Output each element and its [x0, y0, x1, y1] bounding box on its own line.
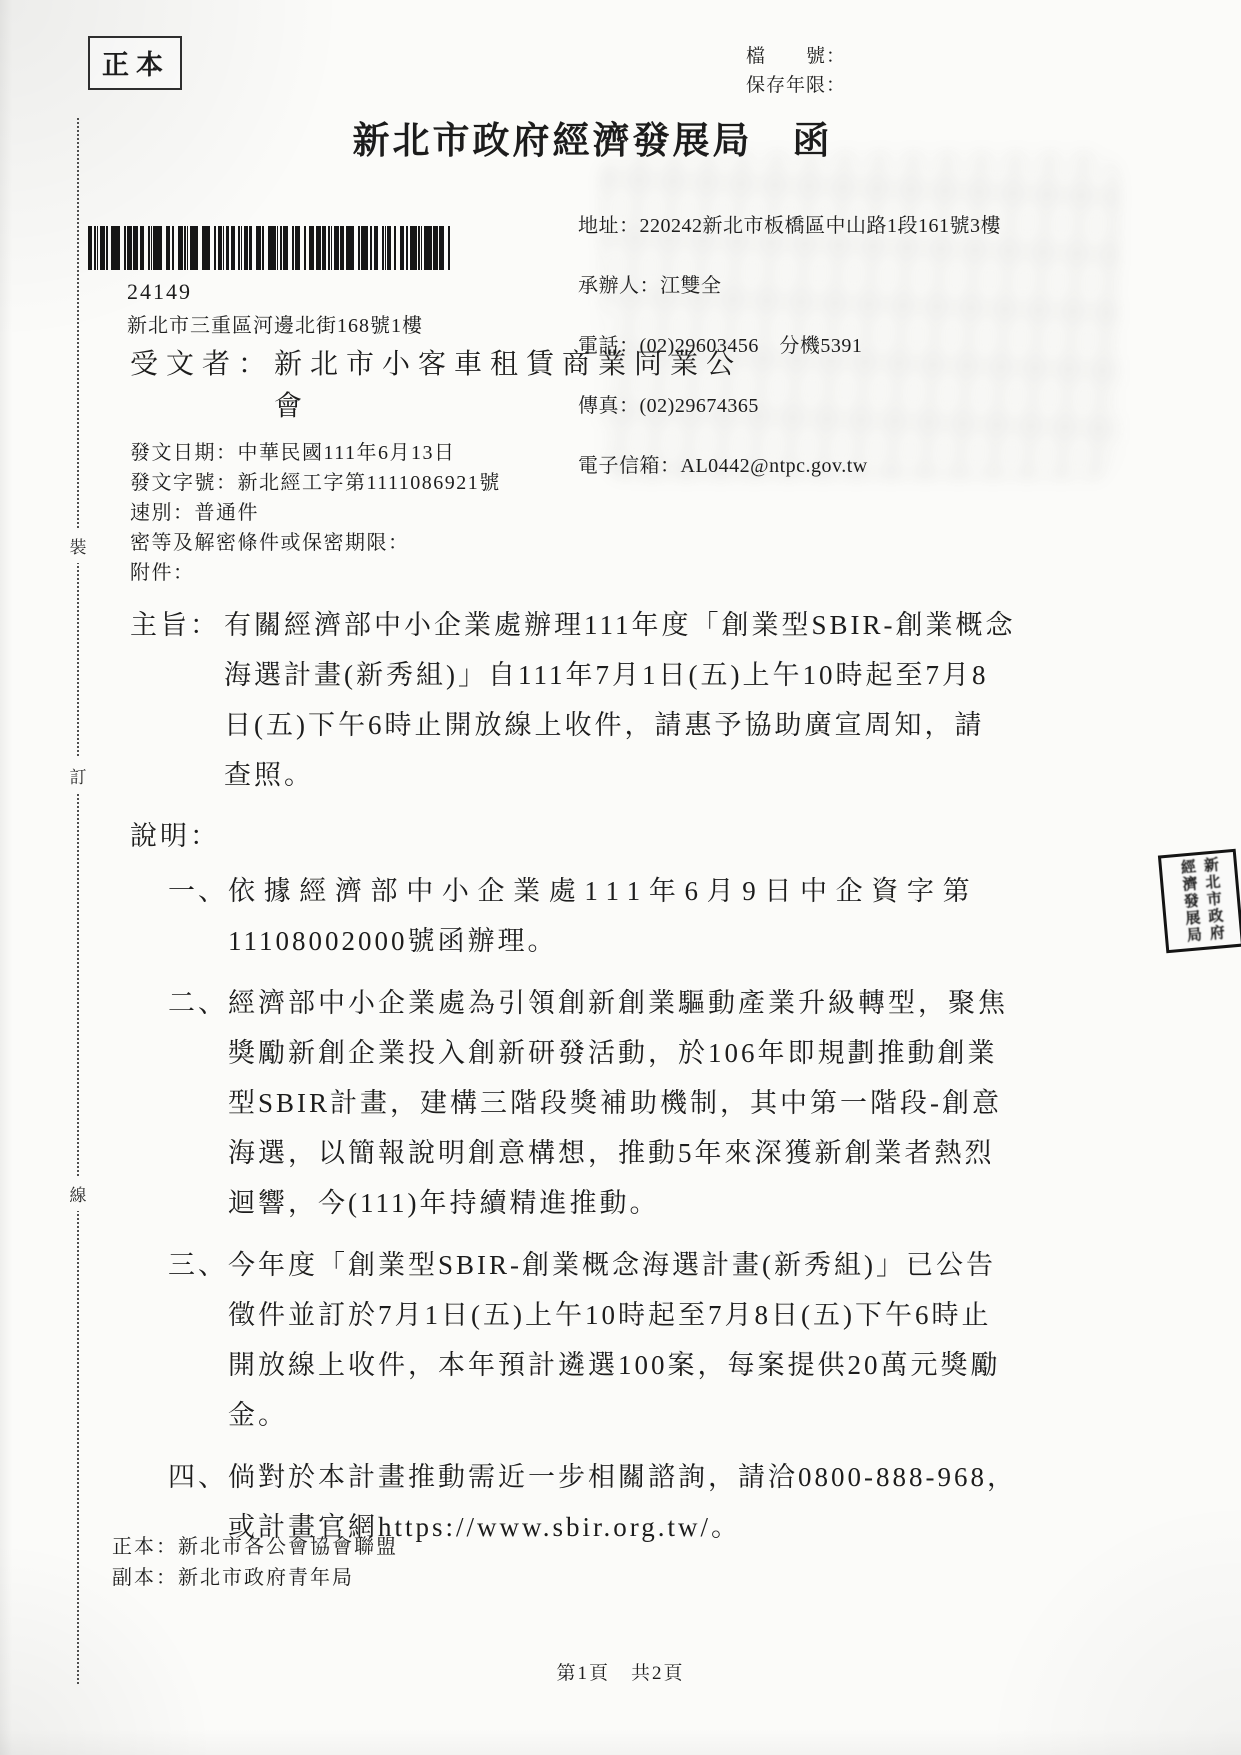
security-classification: 密等及解密條件或保密期限：	[130, 528, 501, 558]
priority-level: 速別：普通件	[130, 498, 501, 528]
official-seal: 新北市政府經濟發展局	[1158, 849, 1241, 953]
issue-number: 發文字號：新北經工字第1111086921號	[130, 468, 501, 498]
retention-period-label: 保存年限：	[746, 71, 846, 100]
mailing-barcode	[88, 226, 450, 270]
item-number: 二、	[168, 978, 228, 1228]
description-item-2: 二、 經濟部中小企業處為引領創新創業驅動產業升級轉型，聚焦 獎勵新創企業投入創新…	[168, 978, 1098, 1228]
binding-edge-line	[77, 118, 79, 1684]
file-number-block: 檔 號： 保存年限：	[746, 42, 846, 100]
sender-address: 地址：220242新北市板橋區中山路1段161號3樓	[578, 211, 1001, 241]
cc-block: 正本：新北市各公會協會聯盟 副本：新北市政府青年局	[112, 1532, 398, 1594]
recipient-label: 受文者：	[130, 344, 274, 428]
cc-original: 正本：新北市各公會協會聯盟	[112, 1532, 398, 1563]
description-items: 一、 依據經濟部中小企業處111年6月9日中企資字第 11108002000號函…	[168, 866, 1098, 1564]
document-title: 新北市政府經濟發展局 函	[0, 110, 1185, 164]
sender-email: 電子信箱：AL0442@ntpc.gov.tw	[578, 451, 1001, 481]
item-text: 今年度「創業型SBIR-創業概念海選計畫(新秀組)」已公告 徵件並訂於7月1日(…	[228, 1240, 1098, 1440]
copy-type-stamp: 正本	[88, 36, 182, 90]
page-number-footer: 第1頁 共2頁	[0, 1658, 1241, 1685]
document-meta-block: 發文日期：中華民國111年6月13日 發文字號：新北經工字第1111086921…	[130, 438, 501, 588]
description-item-3: 三、 今年度「創業型SBIR-創業概念海選計畫(新秀組)」已公告 徵件並訂於7月…	[168, 1240, 1098, 1440]
description-item-1: 一、 依據經濟部中小企業處111年6月9日中企資字第 11108002000號函…	[168, 866, 1098, 966]
item-number: 三、	[168, 1240, 228, 1440]
recipient-row: 受文者： 新北市小客車租賃商業同業公 會	[130, 344, 742, 428]
item-text: 經濟部中小企業處為引領創新創業驅動產業升級轉型，聚焦 獎勵新創企業投入創新研發活…	[228, 978, 1098, 1228]
binding-mark-ding: 訂	[66, 758, 90, 793]
subject-section: 主旨： 有關經濟部中小企業處辦理111年度「創業型SBIR-創業概念 海選計畫(…	[130, 600, 1080, 800]
scanned-letter-page: 正本 檔 號： 保存年限： 新北市政府經濟發展局 函 地址：220242新北市板…	[0, 0, 1241, 1755]
official-seal-text: 新北市政府經濟發展局	[1174, 856, 1227, 946]
binding-mark-xian: 線	[66, 1176, 90, 1211]
issue-date: 發文日期：中華民國111年6月13日	[130, 438, 501, 468]
attachment-label: 附件：	[130, 558, 501, 588]
description-label: 說明：	[130, 814, 220, 853]
recipient-name: 新北市小客車租賃商業同業公 會	[274, 344, 742, 428]
binding-mark-zhuang: 裝	[66, 528, 90, 563]
cc-copy: 副本：新北市政府青年局	[112, 1563, 398, 1594]
mail-code: 24149	[127, 279, 192, 305]
sender-officer: 承辦人：江雙全	[578, 271, 1001, 301]
subject-label: 主旨：	[130, 600, 224, 800]
item-number: 一、	[168, 866, 228, 966]
file-number-label: 檔 號：	[746, 42, 846, 71]
recipient-mail-address: 新北市三重區河邊北街168號1樓	[127, 309, 423, 338]
subject-text: 有關經濟部中小企業處辦理111年度「創業型SBIR-創業概念 海選計畫(新秀組)…	[224, 600, 1080, 800]
item-text: 依據經濟部中小企業處111年6月9日中企資字第 11108002000號函辦理。	[228, 866, 1098, 966]
